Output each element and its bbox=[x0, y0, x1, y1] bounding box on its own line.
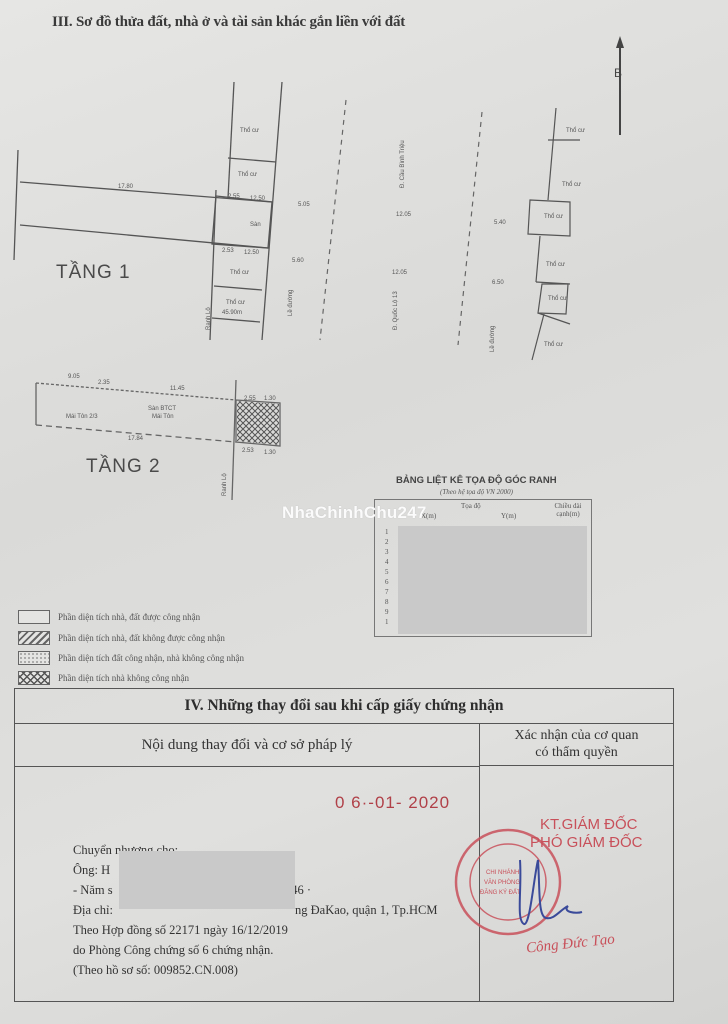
date-stamp: 0 6·-01- 2020 bbox=[335, 793, 450, 813]
content-line: (Theo hồ sơ số: 009852.CN.008) bbox=[73, 963, 238, 978]
table-row: 5 bbox=[385, 568, 389, 576]
watermark: NhaChinhChu247 bbox=[282, 503, 426, 523]
header-edge: Chiều dài cạnh(m) bbox=[547, 502, 589, 518]
dim-label: 12.50 bbox=[244, 250, 259, 256]
lot-label: Thổ cư bbox=[544, 342, 563, 348]
dim-label: 5.60 bbox=[292, 258, 304, 264]
section-4-title: IV. Những thay đổi sau khi cấp giấy chứn… bbox=[15, 689, 673, 724]
lot-label: Thổ cư bbox=[240, 128, 259, 134]
north-label: B bbox=[614, 66, 622, 80]
lot-label: Thổ cư bbox=[238, 172, 257, 178]
svg-text:ĐĂNG KÝ ĐẤT: ĐĂNG KÝ ĐẤT bbox=[480, 889, 521, 896]
legend-text: Phần diện tích nhà không công nhận bbox=[58, 673, 189, 683]
table-row: 4 bbox=[385, 558, 389, 566]
column-header-confirmation: Xác nhận của cơ quan có thẩm quyền bbox=[480, 724, 673, 766]
north-arrow-icon bbox=[616, 36, 624, 135]
lot-label: Thổ cư bbox=[226, 300, 245, 306]
dim-label: 17.80 bbox=[118, 184, 133, 190]
svg-text:CHI NHÁNH: CHI NHÁNH bbox=[486, 869, 519, 876]
floor-1-label: TẦNG 1 bbox=[56, 262, 131, 284]
lot-label: Thổ cư bbox=[566, 128, 585, 134]
room-label: Sàn BTCT bbox=[148, 406, 176, 412]
dim-label: 11.45 bbox=[170, 386, 185, 392]
table-row: 8 bbox=[385, 598, 389, 606]
dim-label: 9.05 bbox=[68, 374, 80, 380]
dim-label: 2.55 bbox=[244, 396, 256, 402]
content-line: Địa chỉ: bbox=[73, 903, 113, 918]
table-row: 3 bbox=[385, 548, 389, 556]
room-label: Mái Tôn 2/3 bbox=[66, 414, 98, 420]
signature-title-2: PHÓ GIÁM ĐỐC bbox=[530, 834, 643, 851]
svg-text:VĂN PHÒNG: VĂN PHÒNG bbox=[484, 879, 520, 886]
header-coord: Tọa độ bbox=[461, 502, 481, 510]
content-line: Theo Hợp đồng số 22171 ngày 16/12/2019 bbox=[73, 923, 288, 938]
dim-label: 1.30 bbox=[264, 396, 276, 402]
dim-label: 12.50 bbox=[250, 196, 265, 202]
redaction-box bbox=[398, 526, 587, 634]
sidewalk-label: Lề đường bbox=[490, 326, 496, 352]
street-name-label: Đ. Cầu Bình Triệu bbox=[400, 140, 406, 188]
dim-label: 5.05 bbox=[298, 202, 310, 208]
legend-item: Phần diện tích nhà, đất không được công … bbox=[18, 630, 225, 645]
confirm-line-1: Xác nhận của cơ quan bbox=[480, 727, 673, 744]
dim-label: 17.84 bbox=[128, 436, 143, 442]
table-row: 1 bbox=[385, 618, 389, 626]
legend-item: Phần diện tích đất công nhận, nhà không … bbox=[18, 650, 244, 665]
area-label: 45.90m bbox=[222, 310, 242, 316]
dim-label: 2.55 bbox=[228, 194, 240, 200]
blank-swatch-icon bbox=[18, 610, 50, 624]
content-line: - Năm s bbox=[73, 883, 113, 898]
dim-label: 1.30 bbox=[264, 450, 276, 456]
dim-label: 12.05 bbox=[392, 270, 407, 276]
room-label: Sàn bbox=[250, 222, 261, 228]
signature-title-1: KT.GIÁM ĐỐC bbox=[540, 816, 638, 833]
content-line: Ông: H bbox=[73, 863, 110, 878]
lot-label: Thổ cư bbox=[230, 270, 249, 276]
content-line: do Phòng Công chứng số 6 chứng nhận. bbox=[73, 943, 273, 958]
boundary-label: Ranh Lộ bbox=[206, 307, 212, 330]
content-line-tail: ng ĐaKao, quận 1, Tp.HCM bbox=[295, 903, 437, 918]
dim-label: 6.50 bbox=[492, 280, 504, 286]
table-row: 9 bbox=[385, 608, 389, 616]
street-name-label: Đ. Quốc Lộ 13 bbox=[393, 291, 399, 330]
header-y: Y(m) bbox=[501, 512, 516, 520]
boundary-label: Ranh Lộ bbox=[222, 473, 228, 496]
table-row: 6 bbox=[385, 578, 389, 586]
coordinate-table-subtitle: (Theo hệ tọa độ VN 2000) bbox=[440, 488, 513, 496]
table-row: 7 bbox=[385, 588, 389, 596]
coordinate-table-title: BẢNG LIỆT KÊ TỌA ĐỘ GÓC RANH bbox=[396, 475, 557, 486]
table-row: 1 bbox=[385, 528, 389, 536]
sidewalk-label: Lề đường bbox=[288, 290, 294, 316]
redaction-box bbox=[119, 851, 295, 909]
land-plot-diagram bbox=[0, 0, 728, 680]
dim-label: 2.53 bbox=[242, 448, 254, 454]
dim-label: 12.05 bbox=[396, 212, 411, 218]
room-label: Mái Tôn bbox=[152, 414, 174, 420]
legend-text: Phần diện tích nhà, đất được công nhận bbox=[58, 612, 200, 622]
legend-text: Phần diện tích nhà, đất không được công … bbox=[58, 633, 225, 643]
floor-2-label: TẦNG 2 bbox=[86, 456, 161, 478]
lot-label: Thổ cư bbox=[546, 262, 565, 268]
lot-label: Thổ cư bbox=[548, 296, 567, 302]
legend-item: Phần diện tích nhà không công nhận bbox=[18, 670, 189, 685]
legend-item: Phần diện tích nhà, đất được công nhận bbox=[18, 609, 200, 624]
dim-label: 2.35 bbox=[98, 380, 110, 386]
document-page: III. Sơ đồ thửa đất, nhà ở và tài sản kh… bbox=[0, 0, 728, 1024]
crosshatch-swatch-icon bbox=[18, 671, 50, 685]
dim-label: 2.53 bbox=[222, 248, 234, 254]
lot-label: Thổ cư bbox=[562, 182, 581, 188]
hatch-swatch-icon bbox=[18, 631, 50, 645]
dim-label: 5.40 bbox=[494, 220, 506, 226]
table-row: 2 bbox=[385, 538, 389, 546]
lot-label: Thổ cư bbox=[544, 214, 563, 220]
dots-swatch-icon bbox=[18, 651, 50, 665]
legend-text: Phần diện tích đất công nhận, nhà không … bbox=[58, 653, 244, 663]
column-header-content: Nội dung thay đổi và cơ sở pháp lý bbox=[15, 724, 480, 767]
confirm-line-2: có thẩm quyền bbox=[480, 744, 673, 761]
